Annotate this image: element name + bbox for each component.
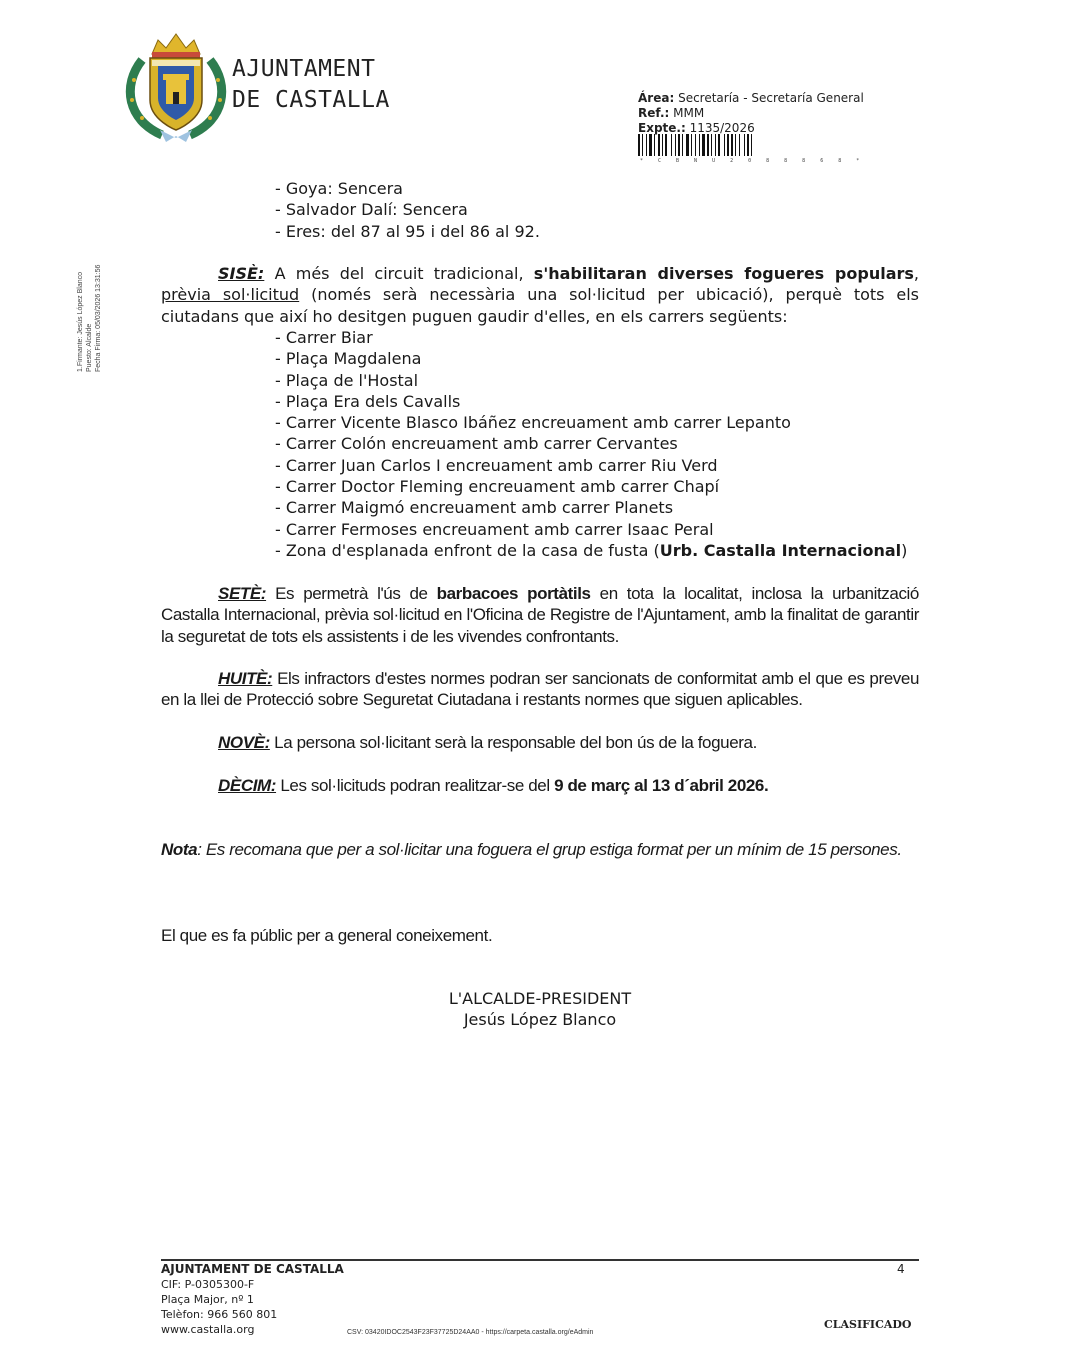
closing-statement: El que es fa públic per a general coneix…: [161, 925, 492, 946]
csv-verification-code: CSV: 03420IDOC2543F23F37725D24AA0 - http…: [347, 1329, 593, 1336]
signer: 1.Firmante: Jesús López Blanco: [76, 265, 85, 372]
section-keyword: SISÈ:: [218, 264, 264, 283]
barcode-icon: [638, 134, 806, 156]
list-item: - Zona d'esplanada enfront de la casa de…: [275, 540, 907, 561]
coat-of-arms-icon: [122, 30, 230, 142]
footer-divider: [161, 1259, 919, 1261]
footer-address: Plaça Major, nº 1: [161, 1292, 344, 1307]
list-item: - Carrer Vicente Blasco Ibáñez encreuame…: [275, 412, 907, 433]
org-name-line2: DE CASTALLA: [232, 85, 390, 116]
ref-value: MMM: [673, 106, 704, 120]
paragraph-text: Les sol·licituds podran realitzar-se del: [276, 776, 554, 795]
section-sete: SETÈ: Es permetrà l'ús de barbacoes port…: [161, 583, 919, 647]
ref-row: Ref.: MMM: [638, 106, 864, 121]
list-item: - Carrer Juan Carlos I encreuament amb c…: [275, 455, 907, 476]
ref-label: Ref.:: [638, 106, 669, 120]
signature-block: L'ALCALDE-PRESIDENT Jesús López Blanco: [440, 988, 640, 1031]
paragraph-text: Es permetrà l'ús de: [266, 584, 437, 603]
date-range: 9 de març al 13 d´abril 2026.: [554, 776, 768, 795]
list-item: - Carrer Biar: [275, 327, 907, 348]
list-item-text: - Zona d'esplanada enfront de la casa de…: [275, 541, 660, 560]
page-number: 4: [897, 1262, 905, 1276]
section-keyword: HUITÈ:: [218, 669, 272, 688]
signer-title: L'ALCALDE-PRESIDENT: [440, 988, 640, 1009]
list-item: - Goya: Sencera: [275, 178, 540, 199]
area-value: Secretaría - Secretaría General: [678, 91, 864, 105]
section-keyword: NOVÈ:: [218, 733, 270, 752]
footer-cif: CIF: P-0305300-F: [161, 1277, 344, 1292]
paragraph-text: La persona sol·licitant serà la responsa…: [270, 733, 757, 752]
note: Nota: Es recomana que per a sol·licitar …: [161, 839, 919, 860]
emphasis-text: Urb. Castalla Internacional: [660, 541, 901, 560]
document-metadata: Área: Secretaría - Secretaría General Re…: [638, 91, 864, 136]
signature-date: Fecha Firma: 05/03/2026 13:31:56: [94, 265, 103, 372]
paragraph-text: Els infractors d'estes normes podran ser…: [161, 669, 919, 709]
list-item: - Salvador Dalí: Sencera: [275, 199, 540, 220]
section-keyword: DÈCIM:: [218, 776, 276, 795]
section-keyword: SETÈ:: [218, 584, 266, 603]
barcode-text: * C B N U 2 0 8 8 8 6 8 *: [640, 158, 804, 164]
expte-value: 1135/2026: [690, 121, 755, 135]
note-text: : Es recomana que per a sol·licitar una …: [197, 840, 901, 859]
paragraph-text: A més del circuit tradicional,: [264, 264, 533, 283]
list-item: - Carrer Colón encreuament amb carrer Ce…: [275, 433, 907, 454]
bonfire-street-list: - Carrer Biar - Plaça Magdalena - Plaça …: [275, 327, 907, 561]
section-huite: HUITÈ: Els infractors d'estes normes pod…: [161, 668, 919, 711]
signer-name: Jesús López Blanco: [440, 1009, 640, 1030]
section-sise: SISÈ: A més del circuit tradicional, s'h…: [161, 263, 919, 327]
paragraph-text: ,: [914, 264, 919, 283]
signer-position: Puesto: Alcalde: [85, 265, 94, 372]
list-item: - Carrer Doctor Fleming encreuament amb …: [275, 476, 907, 497]
list-item-text: ): [901, 541, 907, 560]
top-street-list: - Goya: Sencera - Salvador Dalí: Sencera…: [275, 178, 540, 242]
list-item: - Eres: del 87 al 95 i del 86 al 92.: [275, 221, 540, 242]
org-name-line1: AJUNTAMENT: [232, 54, 390, 85]
footer-contact: AJUNTAMENT DE CASTALLA CIF: P-0305300-F …: [161, 1262, 344, 1337]
note-label: Nota: [161, 840, 197, 859]
underlined-text: prèvia sol·licitud: [161, 285, 299, 304]
footer-org: AJUNTAMENT DE CASTALLA: [161, 1262, 344, 1277]
list-item: - Plaça Era dels Cavalls: [275, 391, 907, 412]
list-item: - Plaça Magdalena: [275, 348, 907, 369]
area-row: Área: Secretaría - Secretaría General: [638, 91, 864, 106]
expte-label: Expte.:: [638, 121, 686, 135]
section-nove: NOVÈ: La persona sol·licitant serà la re…: [161, 732, 919, 753]
area-label: Área:: [638, 91, 674, 105]
emphasis-text: s'habilitaran diverses fogueres populars: [534, 264, 914, 283]
footer-website[interactable]: www.castalla.org: [161, 1322, 344, 1337]
electronic-signature-stamp: 1.Firmante: Jesús López Blanco Puesto: A…: [76, 265, 103, 372]
organization-name: AJUNTAMENT DE CASTALLA: [232, 54, 390, 116]
list-item: - Plaça de l'Hostal: [275, 370, 907, 391]
list-item: - Carrer Fermoses encreuament amb carrer…: [275, 519, 907, 540]
footer-phone: Telèfon: 966 560 801: [161, 1307, 344, 1322]
emphasis-text: barbacoes portàtils: [437, 584, 591, 603]
classification-label: CLASIFICADO: [824, 1318, 911, 1331]
section-decim: DÈCIM: Les sol·licituds podran realitzar…: [161, 775, 919, 796]
list-item: - Carrer Maigmó encreuament amb carrer P…: [275, 497, 907, 518]
